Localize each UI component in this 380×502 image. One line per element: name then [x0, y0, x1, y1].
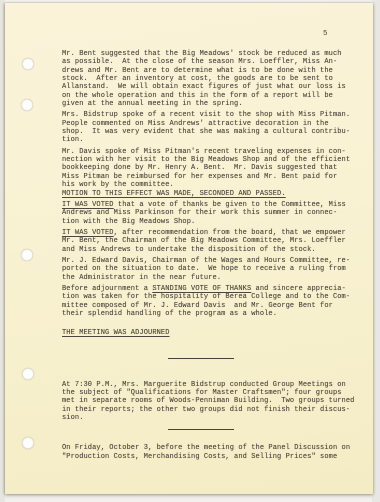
punch-hole — [22, 437, 34, 449]
punch-hole — [21, 99, 33, 111]
paragraph: IT WAS VOTED that a vote of thanks be gi… — [62, 201, 362, 226]
paper-sheet: 5 Mr. Bent suggested that the Big Meadow… — [5, 3, 373, 494]
paragraph: Mr. J. Edward Davis, Chairman of the Wag… — [62, 257, 362, 282]
punch-hole — [22, 368, 34, 380]
scanned-page: 5 Mr. Bent suggested that the Big Meadow… — [0, 0, 380, 502]
punch-hole — [22, 58, 34, 70]
body-text: At 7:30 P.M., Mrs. Marguerite Bidstrup c… — [62, 381, 354, 422]
paragraph: Mrs. Bidstrup spoke of a recent visit to… — [62, 111, 362, 144]
paragraph: Mr. Bent suggested that the Big Meadows'… — [62, 50, 362, 108]
paragraph: IT WAS VOTED, after recommendation from … — [62, 229, 362, 254]
paragraph: Mr. Davis spoke of Miss Pitman's recent … — [62, 148, 362, 198]
body-text: Mrs. Bidstrup spoke of a recent visit to… — [62, 111, 350, 144]
body-text: Mr. Davis spoke of Miss Pitman's recent … — [62, 148, 350, 189]
body-text: On Friday, October 3, before the meeting… — [62, 444, 350, 460]
underlined-text: THE MEETING WAS ADJOURNED — [62, 329, 170, 337]
body-text: Mr. Bent suggested that the Big Meadows'… — [62, 50, 346, 108]
body-text: Before adjournment a — [62, 285, 152, 293]
text-column: Mr. Bent suggested that the Big Meadows'… — [62, 50, 362, 464]
page-number: 5 — [323, 30, 328, 38]
paragraph: On Friday, October 3, before the meeting… — [62, 444, 362, 461]
section-divider — [168, 429, 234, 430]
paragraph: At 7:30 P.M., Mrs. Marguerite Bidstrup c… — [62, 381, 362, 423]
adjournment-heading: THE MEETING WAS ADJOURNED — [62, 329, 362, 337]
underlined-text: IT WAS VOTED — [62, 201, 114, 209]
underlined-text: MOTION TO THIS EFFECT WAS MADE, SECONDED… — [62, 190, 286, 198]
section-divider — [168, 358, 234, 359]
underlined-text: IT WAS VOTED — [62, 229, 114, 237]
paragraph: Before adjournment a STANDING VOTE OF TH… — [62, 285, 362, 318]
underlined-text: STANDING VOTE OF THANKS — [152, 285, 251, 293]
punch-hole — [21, 249, 33, 261]
body-text: Mr. J. Edward Davis, Chairman of the Wag… — [62, 257, 350, 282]
